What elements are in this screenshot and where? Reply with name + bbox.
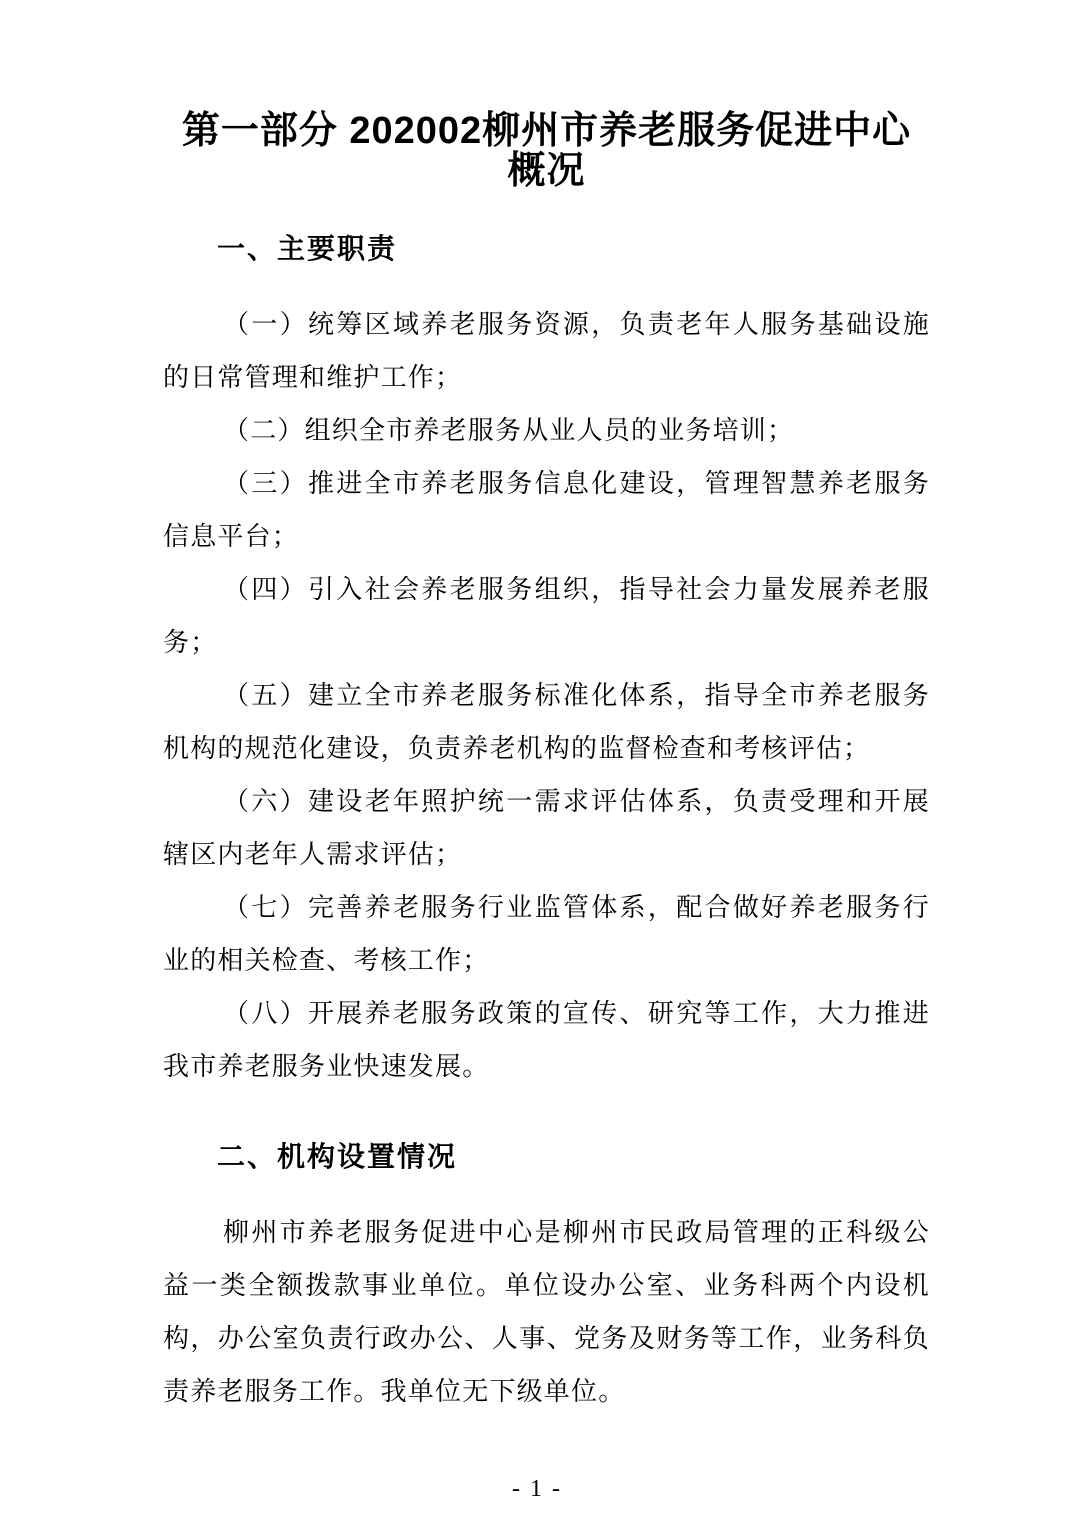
duty-item-2: （二）组织全市养老服务从业人员的业务培训； (163, 404, 930, 457)
duty-item-3: （三）推进全市养老服务信息化建设，管理智慧养老服务信息平台； (163, 457, 930, 563)
section-heading-org-setup: 二、机构设置情况 (163, 1140, 930, 1174)
duty-item-6: （六）建设老年照护统一需求评估体系，负责受理和开展辖区内老年人需求评估； (163, 775, 930, 881)
duty-item-5: （五）建立全市养老服务标准化体系，指导全市养老服务机构的规范化建设，负责养老机构… (163, 669, 930, 775)
org-setup-paragraph: 柳州市养老服务促进中心是柳州市民政局管理的正科级公益一类全额拨款事业单位。单位设… (163, 1206, 930, 1418)
document-content: 第一部分 202002柳州市养老服务促进中心 概况 一、主要职责 （一）统筹区域… (163, 0, 930, 1418)
page-number: - 1 - (0, 1474, 1074, 1504)
duty-item-1: （一）统筹区域养老服务资源，负责老年人服务基础设施的日常管理和维护工作； (163, 298, 930, 404)
duty-item-4: （四）引入社会养老服务组织，指导社会力量发展养老服务； (163, 563, 930, 669)
section-heading-main-duties: 一、主要职责 (163, 232, 930, 266)
duties-list: （一）统筹区域养老服务资源，负责老年人服务基础设施的日常管理和维护工作； （二）… (163, 298, 930, 1093)
duty-item-8: （八）开展养老服务政策的宣传、研究等工作，大力推进我市养老服务业快速发展。 (163, 987, 930, 1093)
document-title: 第一部分 202002柳州市养老服务促进中心 概况 (163, 111, 930, 191)
document-page: 第一部分 202002柳州市养老服务促进中心 概况 一、主要职责 （一）统筹区域… (0, 0, 1074, 1520)
document-title-line-2: 概况 (163, 151, 930, 191)
document-title-line-1: 第一部分 202002柳州市养老服务促进中心 (163, 111, 930, 151)
duty-item-7: （七）完善养老服务行业监管体系，配合做好养老服务行业的相关检查、考核工作； (163, 881, 930, 987)
org-setup-block: 柳州市养老服务促进中心是柳州市民政局管理的正科级公益一类全额拨款事业单位。单位设… (163, 1206, 930, 1418)
